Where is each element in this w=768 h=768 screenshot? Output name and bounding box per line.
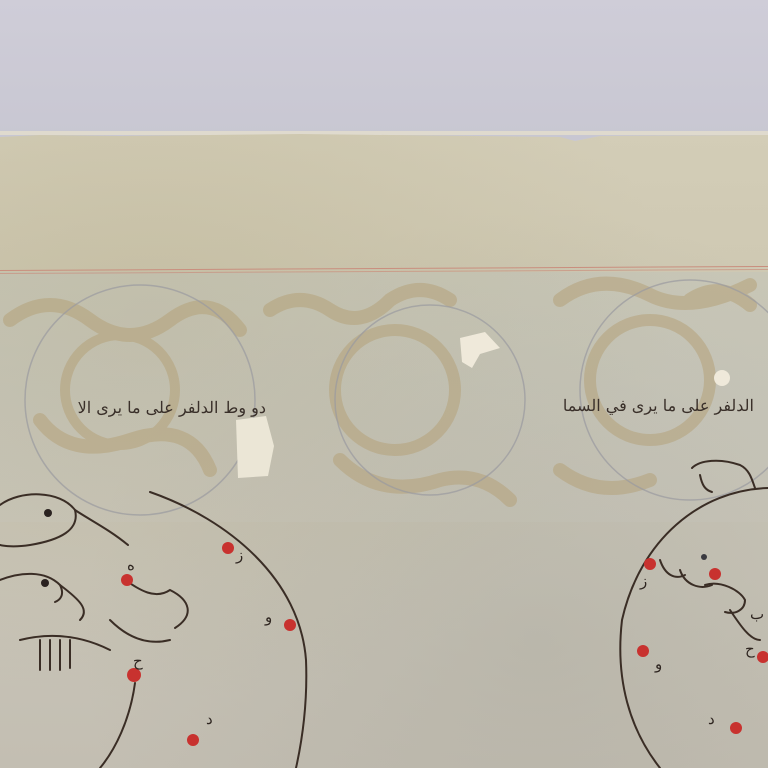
star-label: و <box>655 655 662 673</box>
star-label: د <box>206 710 213 728</box>
star-label: د <box>708 710 715 728</box>
star-label: ه <box>127 556 135 574</box>
constellation-caption-right: الدلفر على ما يرى في السما <box>563 396 754 415</box>
star-label: ب <box>750 605 764 623</box>
star-label: ز <box>236 546 243 564</box>
star-label: ح <box>133 652 143 670</box>
left-constellation-figure <box>0 492 306 768</box>
paper-repair-patch <box>236 416 274 478</box>
star-label: و <box>265 608 272 626</box>
star-label: ز <box>640 572 647 590</box>
ornament-scrolls <box>10 284 750 500</box>
star-label: ح <box>745 640 755 658</box>
ink-dot <box>701 554 707 560</box>
paper-repair-patch <box>714 370 730 386</box>
constellation-caption-left: دو وط الدلفر على ما يرى الا <box>78 398 266 417</box>
right-constellation-figure <box>620 461 768 768</box>
paper-repair-patch <box>460 332 500 368</box>
manuscript-illustration <box>0 0 768 768</box>
